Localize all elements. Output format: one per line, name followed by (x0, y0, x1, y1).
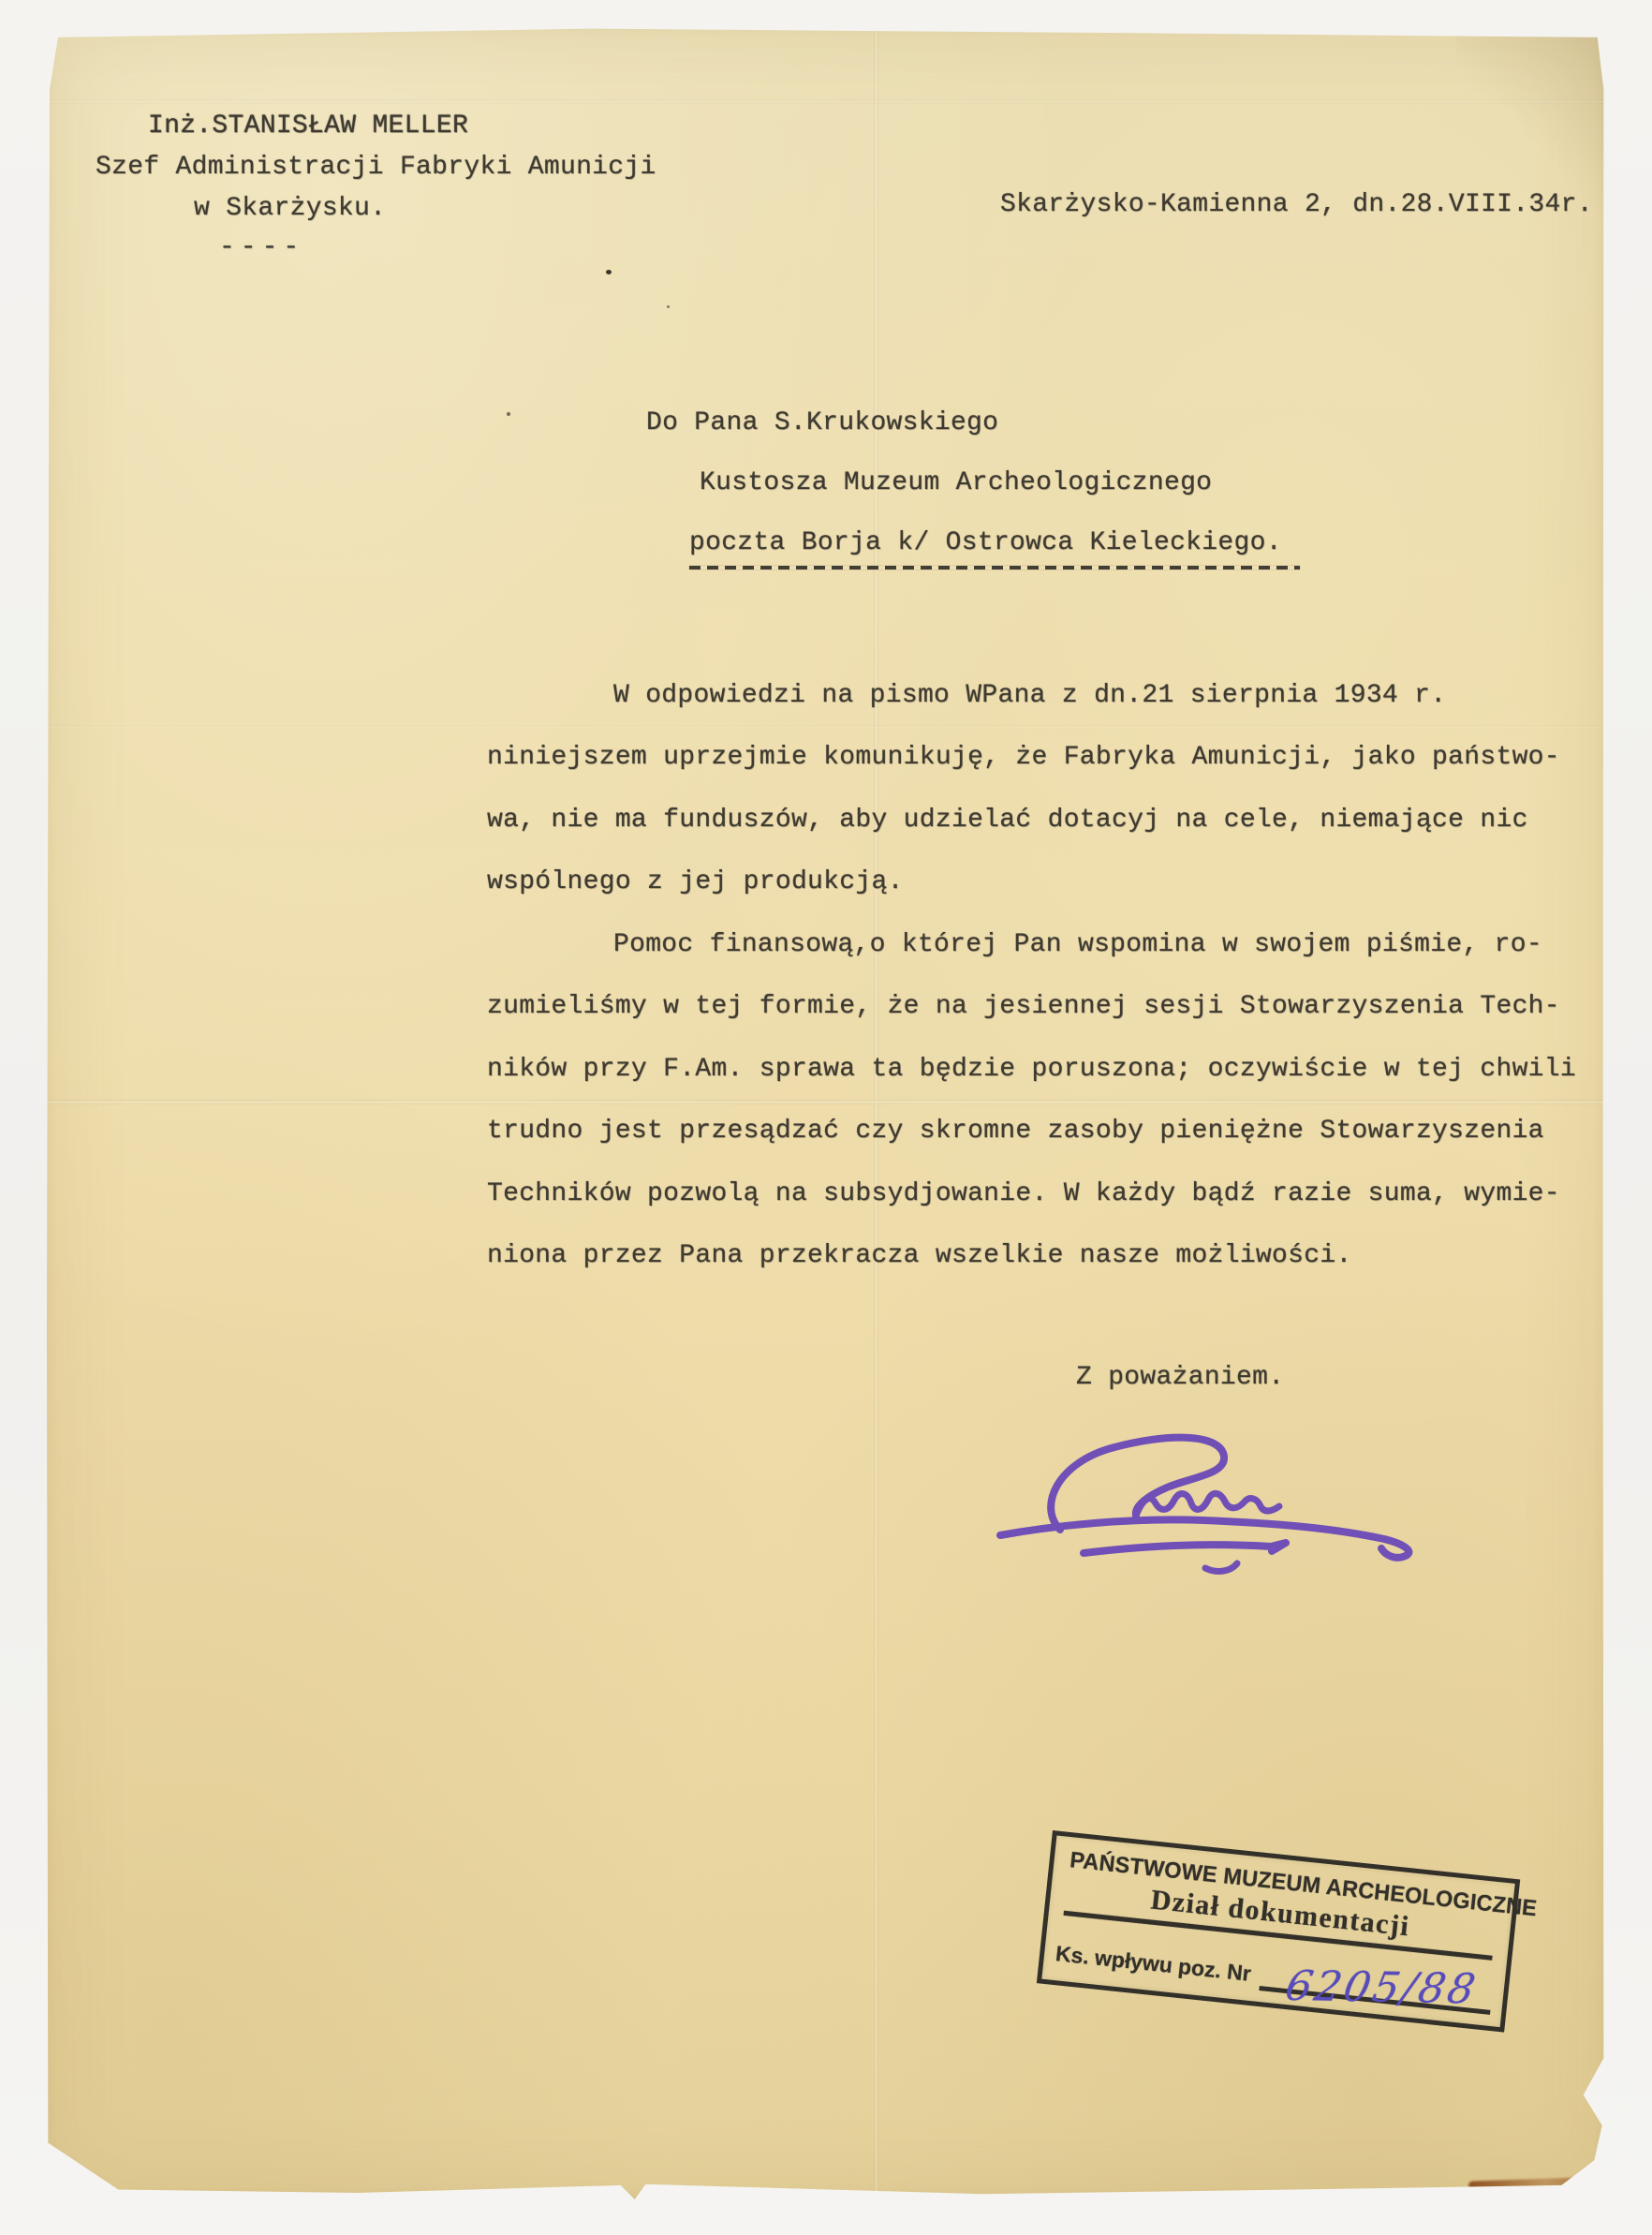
body-line: trudno jest przesądzać czy skromne zasob… (487, 1116, 1544, 1147)
dateline: Skarżysko-Kamienna 2, dn.28.VIII.34r. (1000, 189, 1593, 221)
addressee-line2: Kustosza Muzeum Archeologicznego (700, 467, 1212, 499)
addressee-dashed-underline (689, 566, 1300, 570)
letterhead-name: Inż.STANISŁAW MELLER (148, 111, 468, 142)
horizontal-fold-crease (45, 1100, 1605, 1104)
body-line: niona przez Pana przekracza wszelkie nas… (487, 1240, 1352, 1272)
addressee-line3: poczta Borja k/ Ostrowca Kieleckiego. (689, 527, 1282, 559)
body-line: niniejszem uprzejmie komunikuję, że Fabr… (487, 742, 1560, 774)
signature (993, 1425, 1442, 1579)
ink-speck (507, 412, 510, 416)
screenshot-root: { "letterhead": { "line1": "Inż.STANISŁA… (0, 0, 1652, 2235)
body-line: wa, nie ma funduszów, aby udzielać dotac… (487, 805, 1528, 836)
vertical-fold-crease (874, 24, 878, 2199)
ink-speck (667, 305, 670, 308)
letter-paper: Inż.STANISŁAW MELLER Szef Administracji … (45, 24, 1605, 2199)
body-line: ników przy F.Am. sprawa ta będzie porusz… (487, 1054, 1576, 1086)
top-crease (45, 99, 1605, 104)
signature-ink-strokes (993, 1425, 1442, 1579)
body-line: wspólnego z jej produkcją. (487, 866, 904, 898)
scanner-background: Inż.STANISŁAW MELLER Szef Administracji … (0, 0, 1652, 2235)
closing-salutation: Z poważaniem. (1076, 1362, 1284, 1394)
body-line: Pomoc finansową,o której Pan wspomina w … (613, 929, 1542, 961)
body-line: zumieliśmy w tej formie, że na jesiennej… (487, 991, 1560, 1023)
body-line: Techników pozwolą na subsydjowanie. W ka… (487, 1178, 1560, 1210)
rust-stain (1468, 2176, 1609, 2189)
mid-crease (45, 725, 1605, 730)
handwritten-registry-number: 6205/88 (1281, 1962, 1482, 2013)
letterhead-city: w Skarżysku. (194, 193, 386, 225)
ink-speck (606, 270, 612, 274)
stamp-registry-label: Ks. wpływu poz. Nr (1055, 1941, 1253, 1990)
letterhead-dashes: ---- (219, 232, 304, 264)
museum-stamp: PAŃSTWOWE MUZEUM ARCHEOLOGICZNE Dział do… (1037, 1830, 1520, 2033)
addressee-line1: Do Pana S.Krukowskiego (646, 407, 998, 439)
letterhead-title: Szef Administracji Fabryki Amunicji (96, 152, 656, 184)
body-line: W odpowiedzi na pismo WPana z dn.21 sier… (613, 680, 1446, 712)
